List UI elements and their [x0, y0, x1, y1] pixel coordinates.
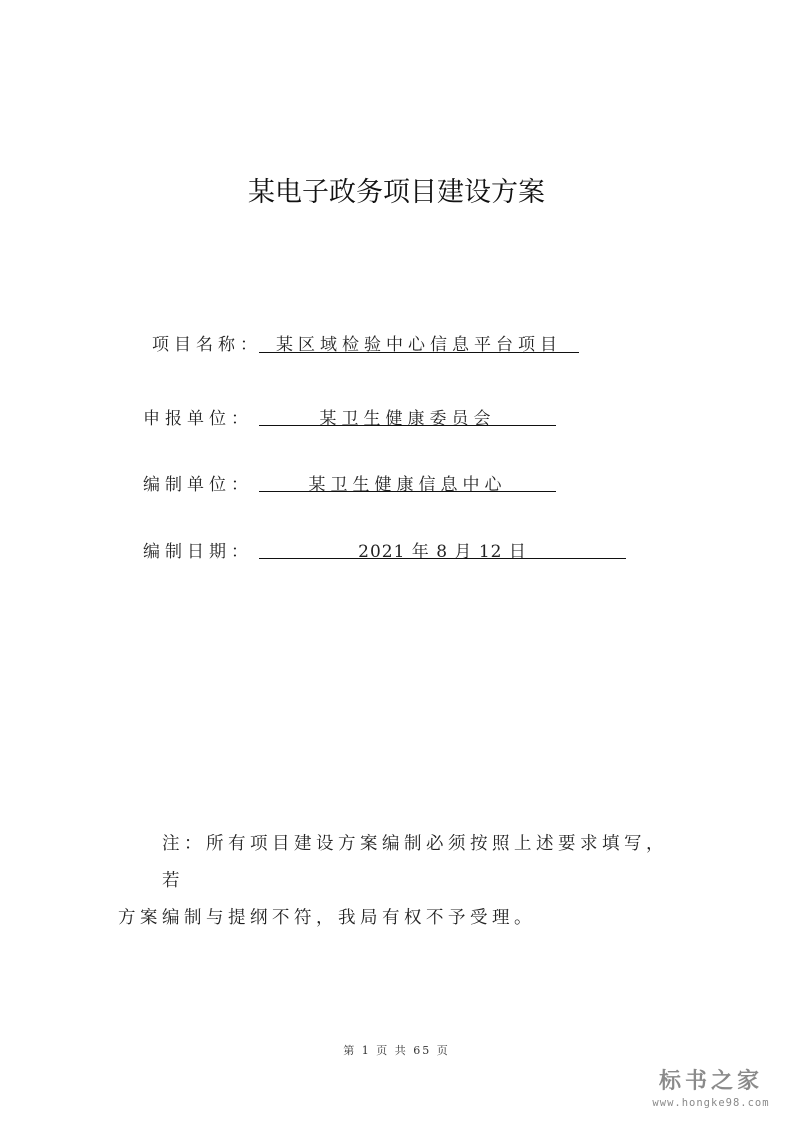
note-line-2: 方案编制与提纲不符，我局有权不予受理。: [118, 900, 688, 937]
applicant-unit-label: 申报单位：: [143, 404, 253, 429]
watermark-logo: 标书之家 www.hongke98.com: [636, 1064, 786, 1109]
document-title: 某电子政务项目建设方案: [0, 170, 793, 209]
note-line-1: 注：所有项目建设方案编制必须按照上述要求填写，若: [118, 826, 688, 900]
watermark-url: www.hongke98.com: [636, 1097, 786, 1109]
compiling-unit-underline: [259, 491, 556, 492]
project-name-label: 项目名称：: [152, 330, 262, 355]
applicant-unit-underline: [259, 425, 556, 426]
project-name-underline: [259, 352, 579, 353]
page-footer: 第 1 页 共 65 页: [0, 1042, 793, 1058]
compile-date-label: 编制日期：: [143, 537, 253, 562]
note-paragraph: 注：所有项目建设方案编制必须按照上述要求填写，若 方案编制与提纲不符，我局有权不…: [118, 826, 688, 937]
compiling-unit-label: 编制单位：: [143, 470, 253, 495]
compile-date-underline: [259, 558, 626, 559]
watermark-brand: 标书之家: [636, 1064, 786, 1095]
